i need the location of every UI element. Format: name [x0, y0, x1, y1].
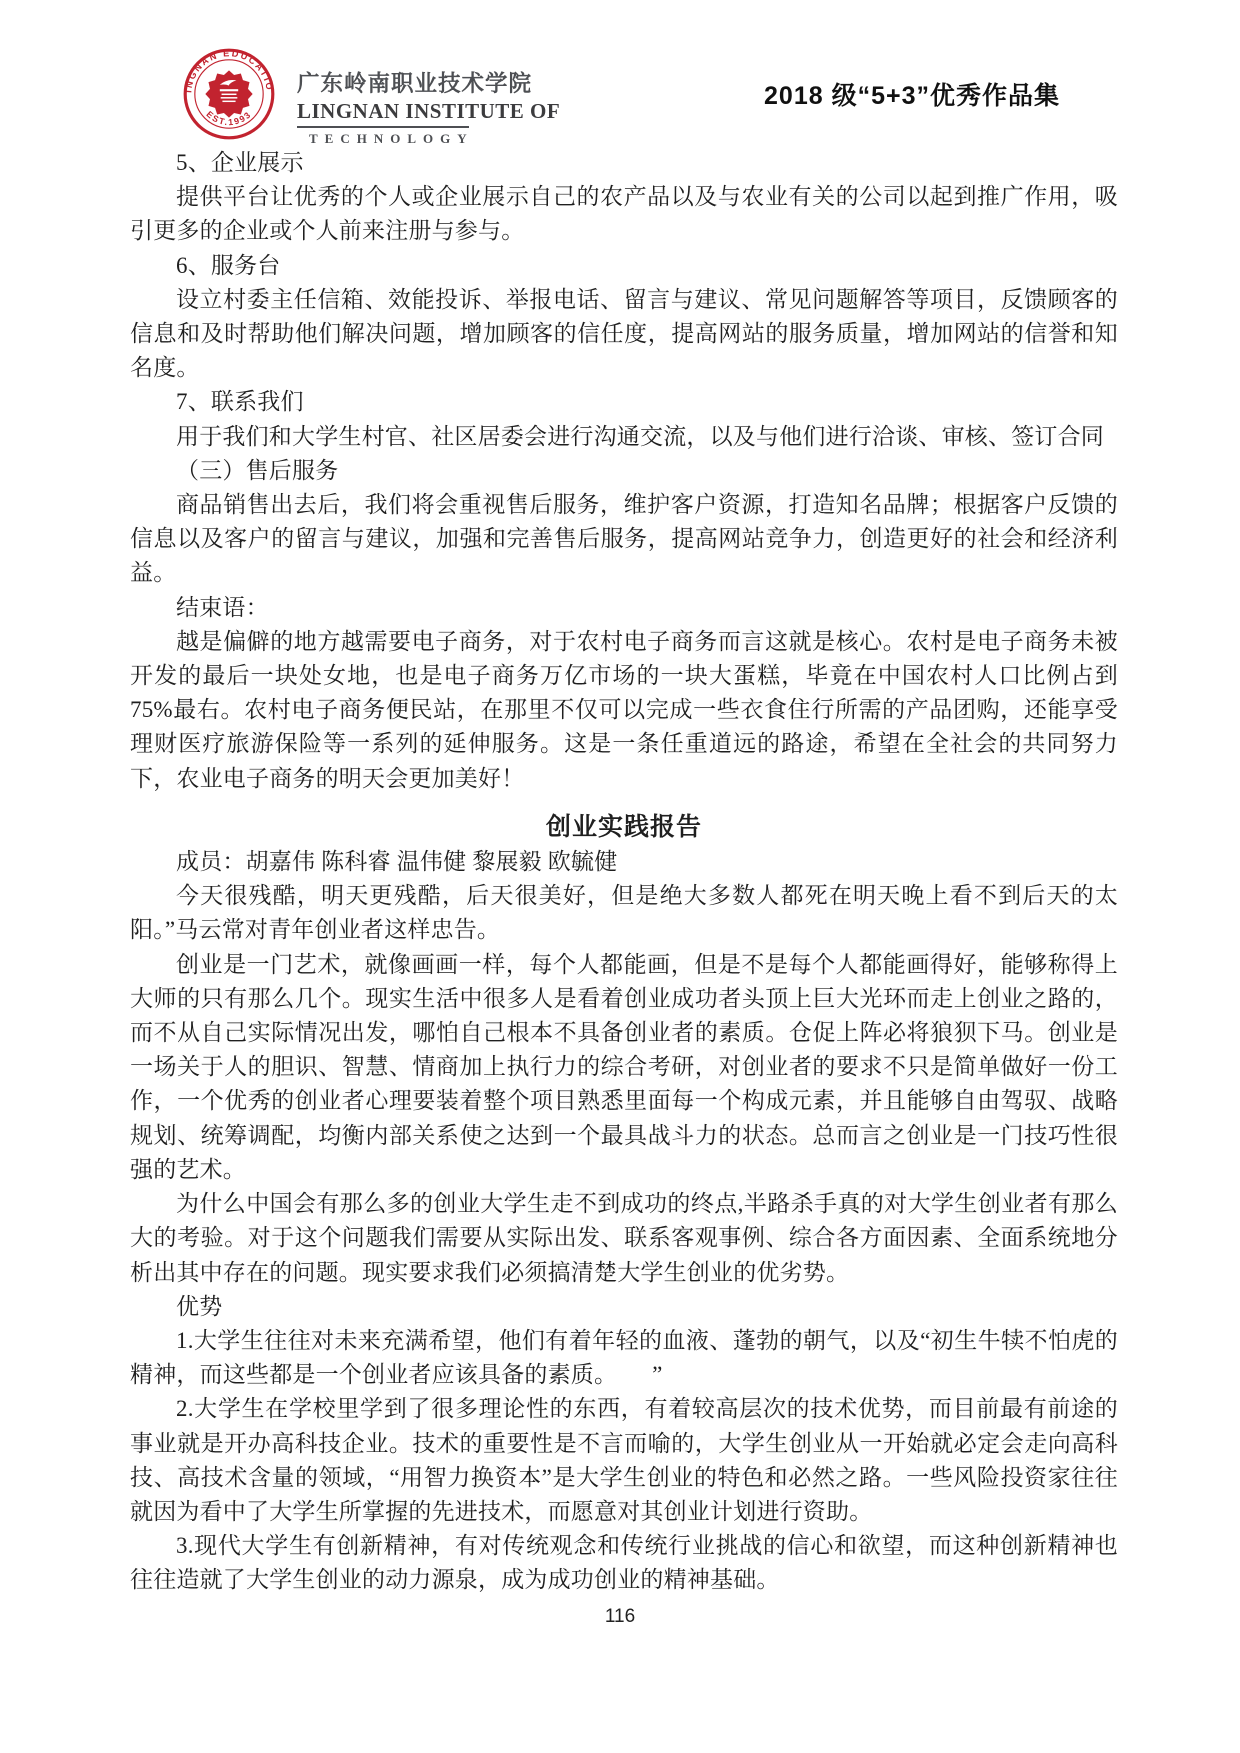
- paragraph: 越是偏僻的地方越需要电子商务，对于农村电子商务而言这就是核心。农村是电子商务未被…: [130, 625, 1118, 796]
- page-footer: 116: [0, 1606, 1240, 1628]
- document-body: 5、企业展示 提供平台让优秀的个人或企业展示自己的农产品以及与农业有关的公司以起…: [130, 146, 1118, 1598]
- seal-text-line: [221, 97, 238, 98]
- paragraph: 2.大学生在学校里学到了很多理论性的东西，有着较高层次的技术优势，而目前最有前途…: [130, 1392, 1118, 1529]
- paragraph: 1.大学生往往对未来充满希望，他们有着年轻的血液、蓬勃的朝气，以及“初生牛犊不怕…: [130, 1324, 1118, 1392]
- paragraph: 今天很残酷，明天更残酷，后天很美好，但是绝大多数人都死在明天晚上看不到后天的太阳…: [130, 879, 1118, 947]
- paragraph: 用于我们和大学生村官、社区居委会进行沟通交流，以及与他们进行洽谈、审核、签订合同: [130, 420, 1118, 454]
- institution-name-en-line2: TECHNOLOGY: [297, 131, 472, 147]
- document-page: LINGNAN EDUCATION EST.1993 广东岭南职业技术学院 LI…: [0, 0, 1240, 1753]
- paragraph: 设立村委主任信箱、效能投诉、举报电话、留言与建议、常见问题解答等项目，反馈顾客的…: [130, 283, 1118, 386]
- paragraph: 创业是一门艺术，就像画画一样，每个人都能画，但是不是每个人都能画得好，能够称得上…: [130, 948, 1118, 1187]
- institution-name-en-line1: LINGNAN INSTITUTE OF: [297, 99, 472, 124]
- seal-text-line: [222, 94, 237, 95]
- school-logo: LINGNAN EDUCATION EST.1993 广东岭南职业技术学院 LI…: [183, 48, 472, 147]
- paragraph: 7、联系我们: [130, 385, 1118, 419]
- paragraph: 3.现代大学生有创新精神，有对传统观念和传统行业挑战的信心和欲望，而这种创新精神…: [130, 1529, 1118, 1597]
- paragraph: 优势: [130, 1290, 1118, 1324]
- institution-name-cn: 广东岭南职业技术学院: [297, 66, 472, 98]
- paragraph: 结束语：: [130, 591, 1118, 625]
- paragraph: 提供平台让优秀的个人或企业展示自己的农产品以及与农业有关的公司以起到推广作用，吸…: [130, 180, 1118, 248]
- school-seal-icon: LINGNAN EDUCATION EST.1993: [183, 48, 275, 140]
- paragraph: （三）售后服务: [130, 454, 1118, 488]
- paragraph: 6、服务台: [130, 249, 1118, 283]
- page-number: 116: [605, 1606, 635, 1627]
- collection-title: 2018 级“5+3”优秀作品集: [764, 76, 1060, 112]
- members-line: 成员：胡嘉伟 陈科睿 温伟健 黎展毅 欧毓健: [130, 845, 1118, 879]
- institution-name-block: 广东岭南职业技术学院 LINGNAN INSTITUTE OF TECHNOLO…: [297, 66, 472, 147]
- paragraph: 5、企业展示: [130, 146, 1118, 180]
- section-heading: 创业实践报告: [130, 811, 1118, 845]
- paragraph: 商品销售出去后，我们将会重视售后服务，维护客户资源，打造知名品牌；根据客户反馈的…: [130, 488, 1118, 591]
- paragraph: 为什么中国会有那么多的创业大学生走不到成功的终点,半路杀手真的对大学生创业者有那…: [130, 1187, 1118, 1290]
- seal-text-line: [220, 89, 238, 91]
- institution-divider: [297, 126, 469, 128]
- seal-text-line: [222, 101, 235, 102]
